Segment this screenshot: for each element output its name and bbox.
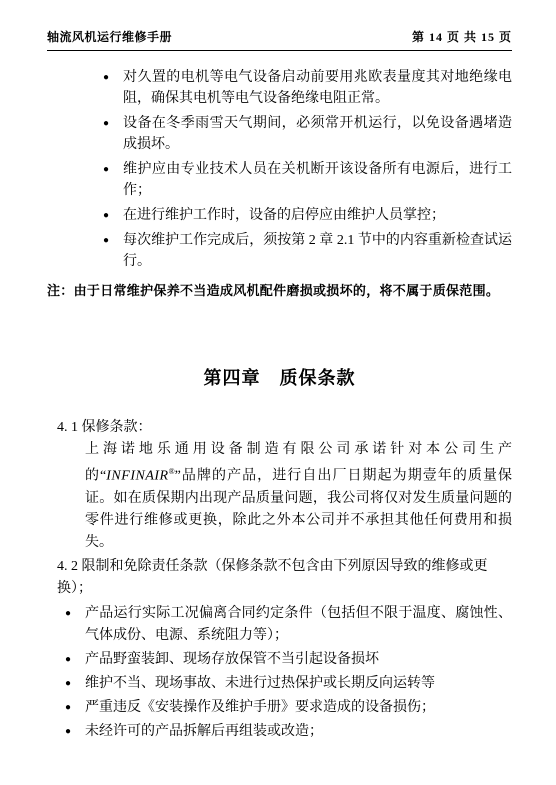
list-item-text: 在进行维护工作时，设备的启停应由维护人员掌控； — [123, 205, 445, 226]
list-item: ● 维护不当、现场事故、未进行过热保护或长期反向运转等 — [65, 673, 512, 695]
section-4-1-heading: 4. 1 保修条款： — [57, 417, 512, 439]
bullet-icon: ● — [65, 673, 71, 695]
list-item-text: 产品运行实际工况偏离合同约定条件（包括但不限于温度、腐蚀性、气体成份、电源、系统… — [85, 603, 512, 647]
bullet-icon: ● — [103, 205, 109, 226]
limitations-bullet-list: ● 产品运行实际工况偏离合同约定条件（包括但不限于温度、腐蚀性、气体成份、电源、… — [65, 603, 512, 743]
section-4-2-heading: 4. 2 限制和免除责任条款（保修条款不包含由下列原因导致的维修或更换）； — [57, 556, 512, 600]
bullet-icon: ● — [103, 159, 109, 180]
list-item: ● 每次维护工作完成后，须按第 2 章 2.1 节中的内容重新检查试运行。 — [103, 230, 512, 272]
warranty-exclusion-note: 注：由于日常维护保养不当造成风机配件磨损或损坏的，将不属于质保范围。 — [47, 280, 512, 301]
list-item: ● 产品野蛮装卸、现场存放保管不当引起设备损坏 — [65, 649, 512, 671]
bullet-icon: ● — [65, 649, 71, 671]
bullet-icon: ● — [103, 67, 109, 88]
header-page-number: 第 14 页 共 15 页 — [412, 28, 512, 45]
list-item: ● 严重违反《安装操作及维护手册》要求造成的设备损伤； — [65, 697, 512, 719]
list-item-text: 未经许可的产品拆解后再组装或改造； — [85, 721, 323, 743]
section-warranty-terms: 4. 1 保修条款： 上海诺地乐通用设备制造有限公司承诺针对本公司生产的“INF… — [47, 417, 512, 554]
section-limitations: 4. 2 限制和免除责任条款（保修条款不包含由下列原因导致的维修或更换）； ● … — [47, 556, 512, 743]
list-item-text: 每次维护工作完成后，须按第 2 章 2.1 节中的内容重新检查试运行。 — [123, 230, 512, 272]
list-item-text: 设备在冬季雨雪天气期间，必须常开机运行，以免设备遇堵造成损坏。 — [123, 113, 512, 155]
list-item-text: 严重违反《安装操作及维护手册》要求造成的设备损伤； — [85, 697, 435, 719]
list-item-text: 维护应由专业技术人员在关机断开该设备所有电源后，进行工作； — [123, 159, 512, 201]
bullet-icon: ● — [65, 697, 71, 719]
list-item: ● 在进行维护工作时，设备的启停应由维护人员掌控； — [103, 205, 512, 226]
list-item: ● 未经许可的产品拆解后再组装或改造； — [65, 721, 512, 743]
section-4-1-body: 上海诺地乐通用设备制造有限公司承诺针对本公司生产的“INFINAIR®”品牌的产… — [85, 439, 512, 554]
bullet-icon: ● — [65, 721, 71, 743]
bullet-icon: ● — [103, 230, 109, 251]
list-item: ● 维护应由专业技术人员在关机断开该设备所有电源后，进行工作； — [103, 159, 512, 201]
list-item: ● 产品运行实际工况偏离合同约定条件（包括但不限于温度、腐蚀性、气体成份、电源、… — [65, 603, 512, 647]
brand-name: INFINAIR — [106, 469, 168, 484]
chapter-title: 第四章 质保条款 — [47, 365, 512, 391]
bullet-icon: ● — [103, 113, 109, 134]
list-item: ● 设备在冬季雨雪天气期间，必须常开机运行，以免设备遇堵造成损坏。 — [103, 113, 512, 155]
list-item-text: 产品野蛮装卸、现场存放保管不当引起设备损坏 — [85, 649, 379, 671]
maintenance-bullet-list: ● 对久置的电机等电气设备启动前要用兆欧表量度其对地绝缘电阻，确保其电机等电气设… — [103, 67, 512, 272]
header-title: 轴流风机运行维修手册 — [47, 28, 172, 45]
list-item-text: 维护不当、现场事故、未进行过热保护或长期反向运转等 — [85, 673, 435, 695]
list-item-text: 对久置的电机等电气设备启动前要用兆欧表量度其对地绝缘电阻，确保其电机等电气设备绝… — [123, 67, 512, 109]
bullet-icon: ● — [65, 603, 71, 625]
list-item: ● 对久置的电机等电气设备启动前要用兆欧表量度其对地绝缘电阻，确保其电机等电气设… — [103, 67, 512, 109]
page-header: 轴流风机运行维修手册 第 14 页 共 15 页 — [47, 28, 512, 51]
document-page: 轴流风机运行维修手册 第 14 页 共 15 页 ● 对久置的电机等电气设备启动… — [0, 0, 556, 785]
